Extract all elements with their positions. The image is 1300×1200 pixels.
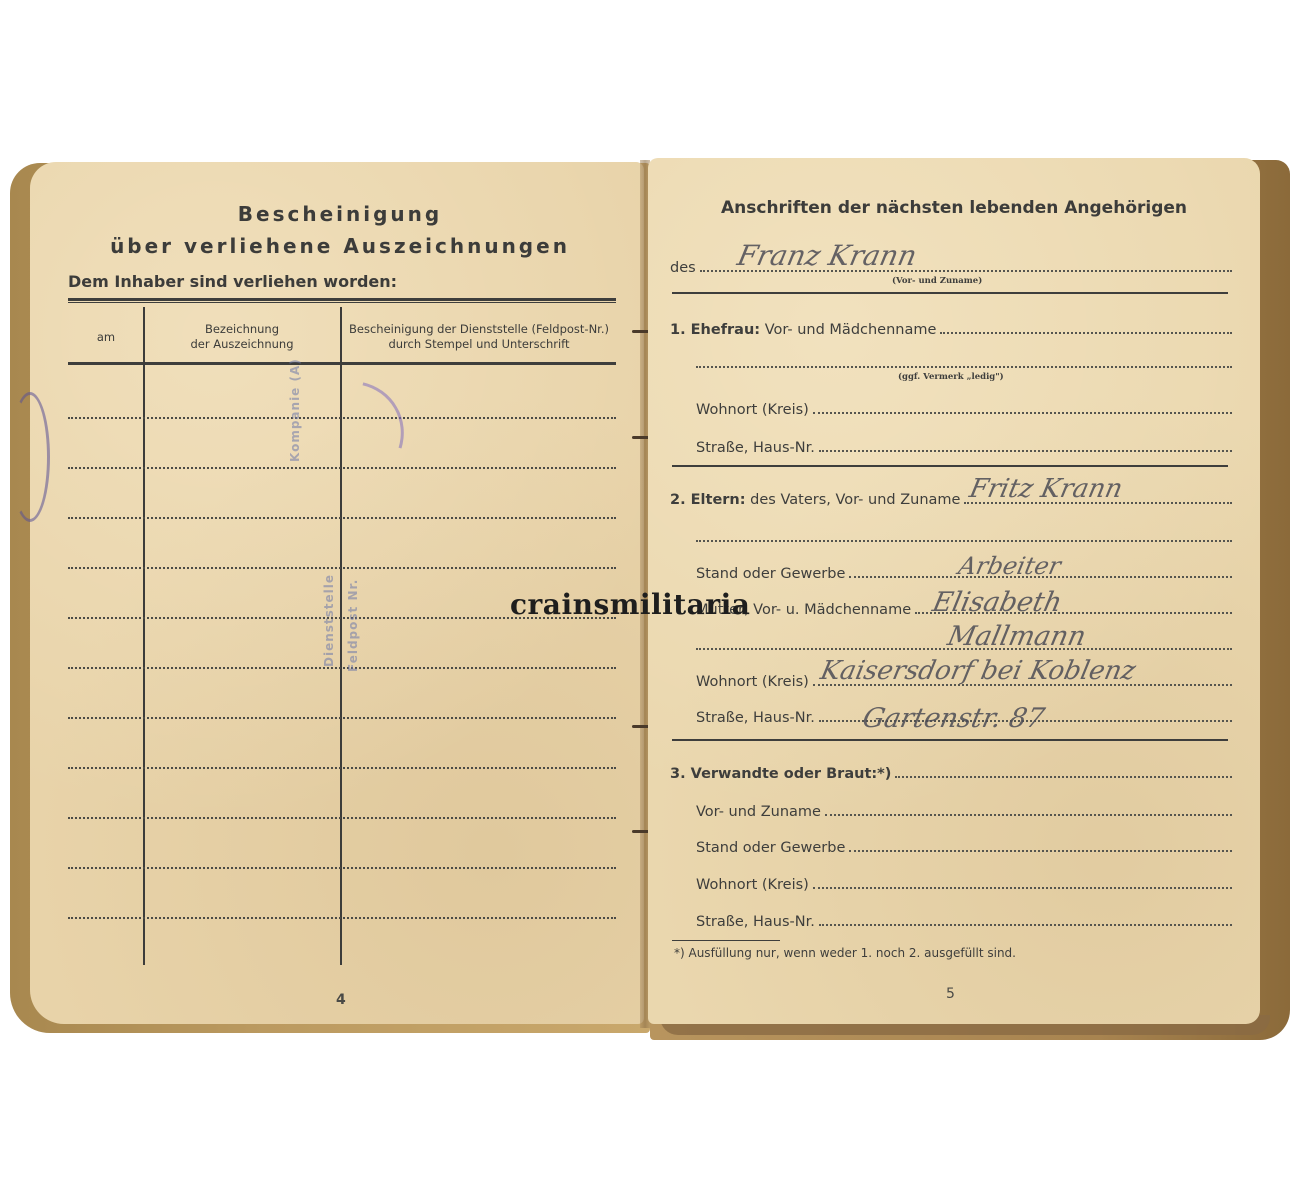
field-mutter-name[interactable]: Mutter, Vor- u. Mädchenname Elisabeth bbox=[696, 594, 1232, 618]
field-ehefrau-strasse[interactable]: Straße, Haus-Nr. bbox=[696, 434, 1232, 456]
handwritten-name: Franz Krann bbox=[734, 239, 919, 272]
page-title: Anschriften der nächsten lebenden Angehö… bbox=[648, 198, 1260, 218]
section-divider bbox=[672, 465, 1228, 467]
field-verwandte[interactable]: 3. Verwandte oder Braut:*) bbox=[670, 758, 1232, 782]
handwritten-mother-maiden-name: Mallmann bbox=[945, 621, 1089, 652]
field-vater-name[interactable]: 2. Eltern: des Vaters, Vor- und Zuname F… bbox=[670, 484, 1232, 508]
table-row bbox=[68, 717, 616, 719]
table-row bbox=[68, 517, 616, 519]
handwritten-street: Gartenstr. 87 bbox=[860, 703, 1048, 734]
table-header-rule bbox=[68, 362, 616, 365]
handwritten-residence: Kaisersdorf bei Koblenz bbox=[818, 656, 1139, 686]
handwritten-father-name: Fritz Krann bbox=[967, 474, 1125, 504]
page-title-line2: über verliehene Auszeichnungen bbox=[70, 234, 610, 258]
column-header-award: Bezeichnung der Auszeichnung bbox=[146, 322, 338, 352]
table-row bbox=[68, 767, 616, 769]
page-number: 4 bbox=[336, 992, 346, 1008]
table-top-rule bbox=[68, 298, 616, 303]
table-row bbox=[68, 867, 616, 869]
field-ehefrau-name[interactable]: 1. Ehefrau: Vor- und Mädchenname bbox=[670, 316, 1232, 338]
field-ehefrau-name-cont[interactable] bbox=[696, 352, 1232, 372]
table-row bbox=[68, 567, 616, 569]
page-title: Bescheinigung bbox=[70, 202, 610, 226]
section-divider bbox=[672, 739, 1228, 741]
footnote: *) Ausfüllung nur, wenn weder 1. noch 2.… bbox=[674, 946, 1016, 960]
field-vater-stand[interactable]: Stand oder Gewerbe Arbeiter bbox=[696, 558, 1232, 582]
column-header-certification: Bescheinigung der Dienststelle (Feldpost… bbox=[340, 322, 618, 352]
faded-stamp-3: Feldpost Nr. bbox=[346, 542, 360, 672]
table-row bbox=[68, 817, 616, 819]
field-ehefrau-wohnort[interactable]: Wohnort (Kreis) bbox=[696, 396, 1232, 418]
handwritten-occupation: Arbeiter bbox=[956, 552, 1063, 580]
field-verwandte-wohnort[interactable]: Wohnort (Kreis) bbox=[696, 871, 1232, 893]
watermark: crainsmilitaria bbox=[510, 588, 750, 621]
field-verwandte-stand[interactable]: Stand oder Gewerbe bbox=[696, 834, 1232, 856]
handwritten-mother-name: Elisabeth bbox=[930, 587, 1065, 618]
table-row bbox=[68, 667, 616, 669]
field-caption: (ggf. Vermerk „ledig") bbox=[898, 372, 1004, 382]
field-vater-name-cont[interactable] bbox=[696, 526, 1232, 546]
edge-stamp bbox=[10, 392, 50, 522]
column-header-date: am bbox=[68, 330, 144, 345]
table-row bbox=[68, 917, 616, 919]
table-intro: Dem Inhaber sind verliehen worden: bbox=[68, 272, 397, 291]
field-verwandte-strasse[interactable]: Straße, Haus-Nr. bbox=[696, 908, 1232, 930]
field-mutter-name-cont[interactable]: Mallmann bbox=[696, 632, 1232, 654]
section-divider bbox=[672, 292, 1228, 294]
field-caption: (Vor- und Zuname) bbox=[892, 276, 982, 286]
page-number: 5 bbox=[946, 986, 955, 1002]
field-des[interactable]: des Franz Krann bbox=[670, 250, 1232, 276]
field-verwandte-name[interactable]: Vor- und Zuname bbox=[696, 798, 1232, 820]
field-eltern-strasse[interactable]: Straße, Haus-Nr. Gartenstr. 87 bbox=[696, 702, 1232, 726]
field-eltern-wohnort[interactable]: Wohnort (Kreis) Kaisersdorf bei Koblenz bbox=[696, 666, 1232, 690]
footnote-rule bbox=[672, 940, 780, 941]
faded-stamp-2: Dienststelle bbox=[322, 547, 336, 667]
